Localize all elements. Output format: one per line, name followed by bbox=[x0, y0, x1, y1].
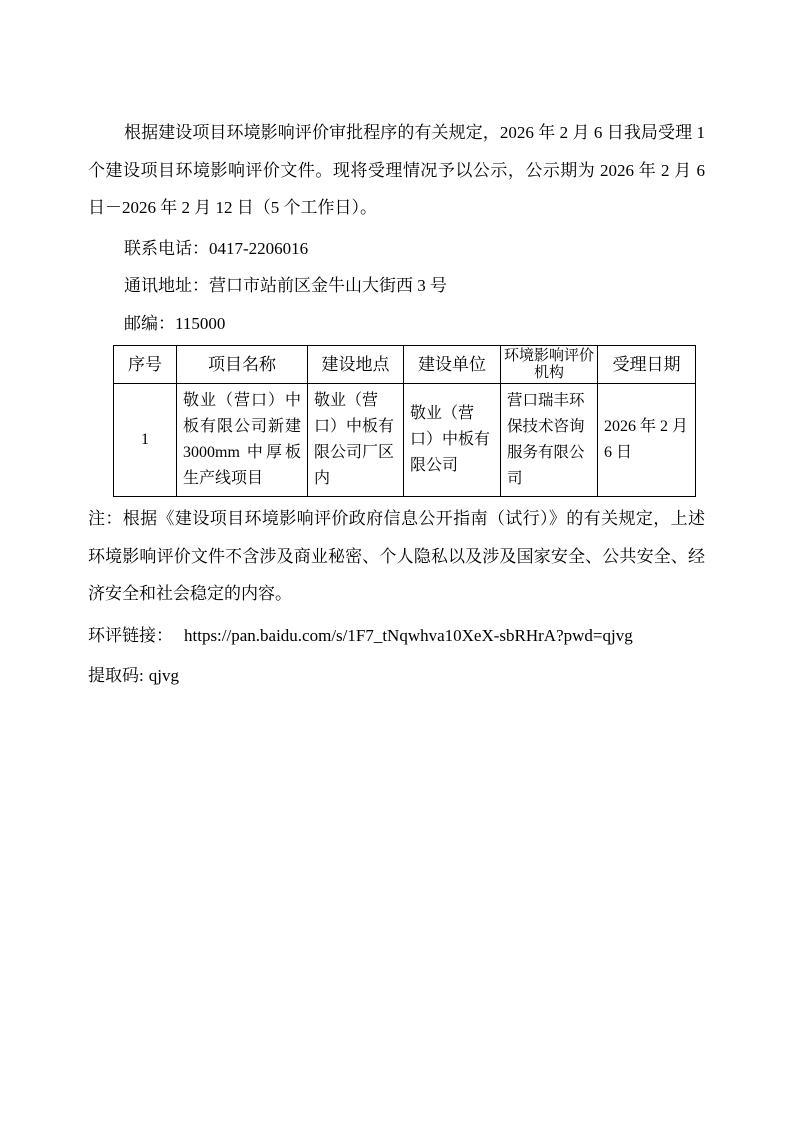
cell-index: 1 bbox=[114, 384, 177, 497]
cell-acceptance-date: 2026 年 2 月 6 日 bbox=[598, 384, 696, 497]
postcode-label: 邮编： bbox=[124, 314, 175, 333]
extraction-code-line: 提取码:qjvg bbox=[88, 659, 705, 693]
phone-label: 联系电话： bbox=[124, 239, 209, 258]
cell-location: 敬业（营口）中板有限公司厂区内 bbox=[308, 384, 404, 497]
note-paragraph: 注：根据《建设项目环境影响评价政府信息公开指南（试行）》的有关规定，上述环境影响… bbox=[88, 500, 705, 613]
contact-phone-line: 联系电话：0417-2206016 bbox=[88, 230, 705, 268]
col-header-acceptance-date: 受理日期 bbox=[598, 346, 696, 384]
extraction-code-value: qjvg bbox=[149, 666, 179, 685]
eia-link-url[interactable]: https://pan.baidu.com/s/1F7_tNqwhva10XeX… bbox=[184, 626, 633, 645]
postcode-value: 115000 bbox=[175, 314, 225, 333]
contact-address-line: 通讯地址：营口市站前区金牛山大街西 3 号 bbox=[88, 267, 705, 305]
cell-builder: 敬业（营口）中板有限公司 bbox=[404, 384, 501, 497]
cell-project-name: 敬业（营口）中板有限公司新建 3000mm 中厚板生产线项目 bbox=[177, 384, 308, 497]
address-label: 通讯地址： bbox=[124, 276, 209, 295]
col-header-index: 序号 bbox=[114, 346, 177, 384]
col-header-eia-agency: 环境影响评价机构 bbox=[501, 346, 598, 384]
contact-postcode-line: 邮编：115000 bbox=[88, 305, 705, 343]
phone-value: 0417-2206016 bbox=[209, 239, 308, 258]
contact-block: 联系电话：0417-2206016 通讯地址：营口市站前区金牛山大街西 3 号 … bbox=[88, 230, 705, 343]
intro-paragraph: 根据建设项目环境影响评价审批程序的有关规定，2026 年 2 月 6 日我局受理… bbox=[88, 114, 705, 227]
col-header-project-name: 项目名称 bbox=[177, 346, 308, 384]
acceptance-table: 序号 项目名称 建设地点 建设单位 环境影响评价机构 受理日期 1 敬业（营口）… bbox=[113, 345, 696, 497]
address-value: 营口市站前区金牛山大街西 3 号 bbox=[209, 276, 447, 295]
cell-eia-agency: 营口瑞丰环保技术咨询服务有限公司 bbox=[501, 384, 598, 497]
col-header-location: 建设地点 bbox=[308, 346, 404, 384]
eia-link-line: 环评链接：https://pan.baidu.com/s/1F7_tNqwhva… bbox=[88, 619, 705, 653]
extraction-code-label: 提取码: bbox=[88, 666, 144, 685]
col-header-builder: 建设单位 bbox=[404, 346, 501, 384]
document-page: 根据建设项目环境影响评价审批程序的有关规定，2026 年 2 月 6 日我局受理… bbox=[0, 0, 793, 1122]
eia-link-label: 环评链接： bbox=[88, 626, 173, 645]
table-row: 1 敬业（营口）中板有限公司新建 3000mm 中厚板生产线项目 敬业（营口）中… bbox=[114, 384, 696, 497]
table-header-row: 序号 项目名称 建设地点 建设单位 环境影响评价机构 受理日期 bbox=[114, 346, 696, 384]
